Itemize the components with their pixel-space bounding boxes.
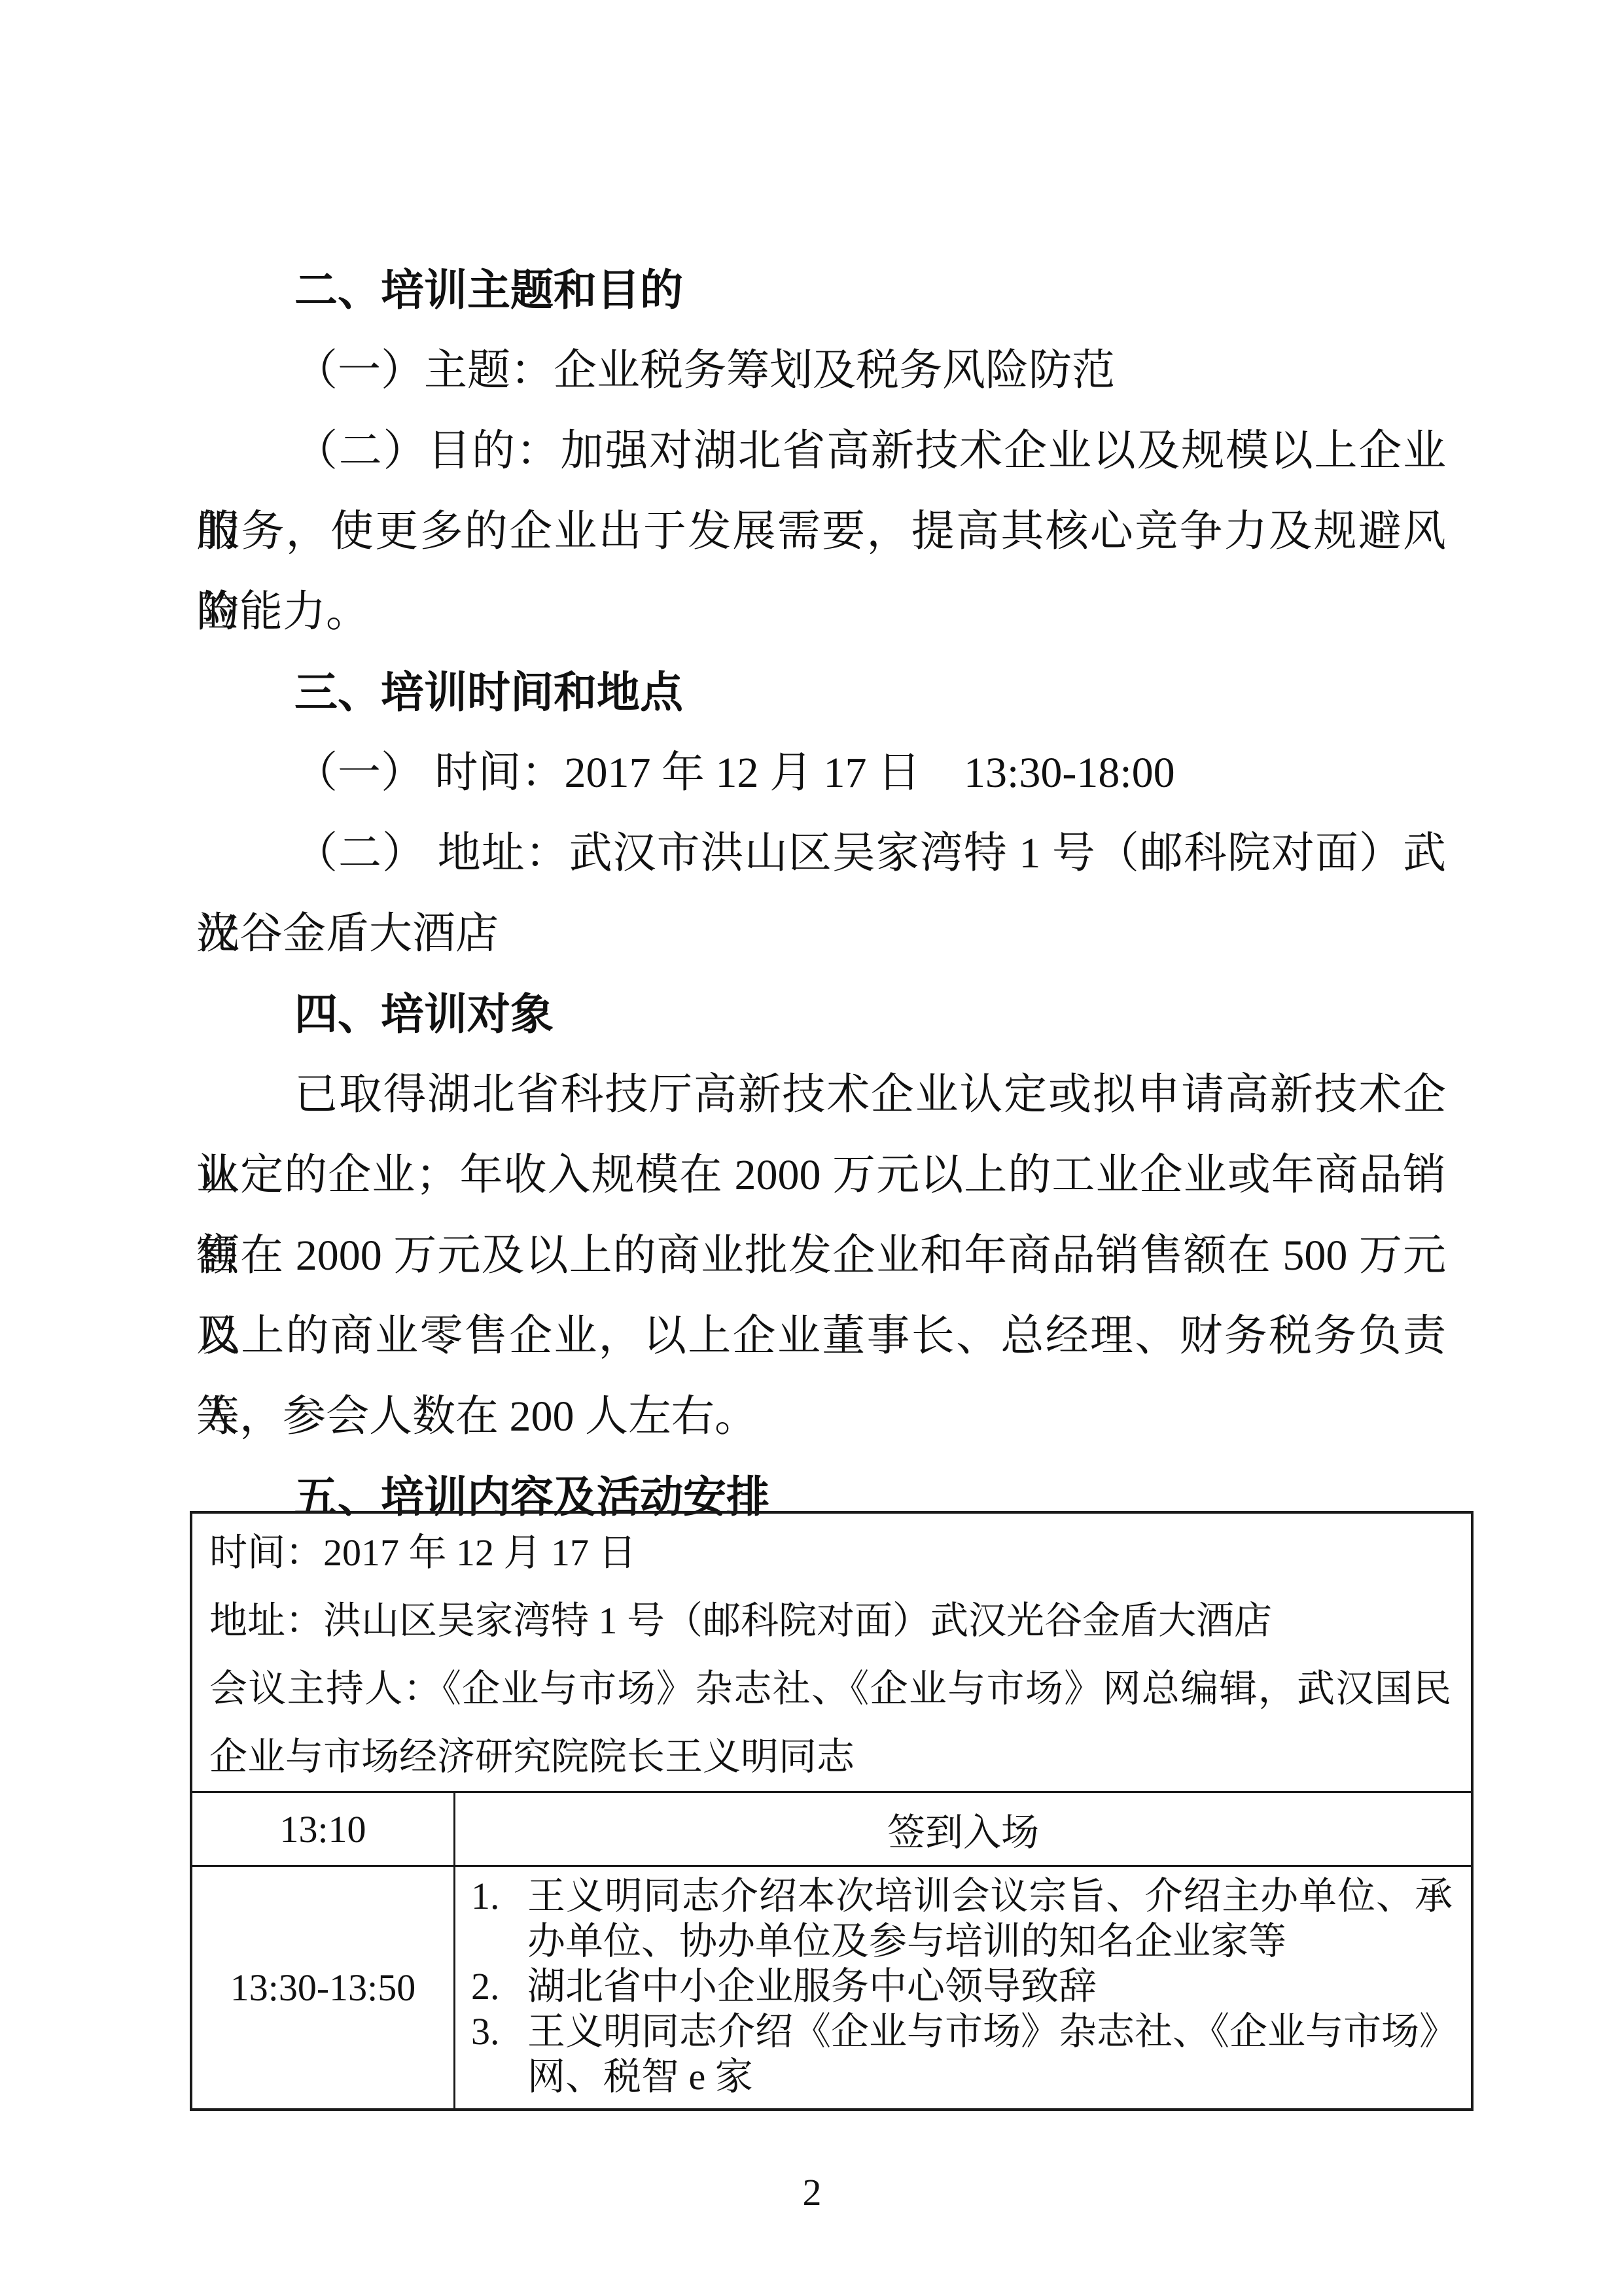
body-text-line: （一）主题：企业税务筹划及税务风险防范 (196, 330, 1446, 411)
body-text-line: 光谷金盾大酒店 (196, 894, 1446, 974)
agenda-item-line: 3.王义明同志介绍《企业与市场》杂志社、《企业与市场》 (471, 2009, 1453, 2054)
list-number: 1. (471, 1873, 527, 1919)
table-cell-activity: 签到入场 (455, 1793, 1471, 1865)
body-text-line: 已取得湖北省科技厅高新技术企业认定或拟申请高新技术企业 (196, 1054, 1446, 1135)
document-page: 二、培训主题和目的（一）主题：企业税务筹划及税务风险防范（二）目的：加强对湖北省… (0, 0, 1624, 2296)
list-number: 2. (471, 1964, 527, 2009)
body-text-line: 额在 2000 万元及以上的商业批发企业和年商品销售额在 500 万元及 (196, 1215, 1446, 1296)
section-heading: 二、培训主题和目的 (196, 250, 1446, 330)
agenda-item-text: 湖北省中小企业服务中心领导致辞 (527, 1964, 1453, 2009)
body-text-line: 认定的企业；年收入规模在 2000 万元以上的工业企业或年商品销售 (196, 1135, 1446, 1215)
body-text-line: 以上的商业零售企业，以上企业董事长、总经理、财务税务负责人 (196, 1296, 1446, 1376)
table-cell-activity-list: 1.王义明同志介绍本次培训会议宗旨、介绍主办单位、承办单位、协办单位及参与培训的… (455, 1867, 1471, 2108)
table-row-opening: 13:30-13:50 1.王义明同志介绍本次培训会议宗旨、介绍主办单位、承办单… (192, 1865, 1471, 2108)
agenda-item-line: 2.湖北省中小企业服务中心领导致辞 (471, 1964, 1453, 2009)
section-heading: 四、培训对象 (196, 974, 1446, 1054)
body-text-line: （一） 时间：2017 年 12 月 17 日 13:30-18:00 (196, 733, 1446, 813)
body-text-line: 的能力。 (196, 572, 1446, 652)
page-number: 2 (0, 2170, 1624, 2214)
table-cell-time: 13:10 (192, 1793, 455, 1865)
agenda-item-continuation: 网、税智 e 家 (471, 2054, 1453, 2099)
table-info-line: 地址：洪山区吴家湾特 1 号（邮科院对面）武汉光谷金盾大酒店 (209, 1587, 1451, 1655)
table-info-line: 企业与市场经济研究院院长王义明同志 (209, 1723, 1451, 1791)
schedule-table-info: 时间：2017 年 12 月 17 日地址：洪山区吴家湾特 1 号（邮科院对面）… (192, 1514, 1471, 1791)
body-text-line: （二）目的：加强对湖北省高新技术企业以及规模以上企业的 (196, 411, 1446, 491)
agenda-item-continuation: 办单位、协办单位及参与培训的知名企业家等 (471, 1919, 1453, 1964)
table-info-line: 时间：2017 年 12 月 17 日 (209, 1519, 1451, 1587)
agenda-item-text: 王义明同志介绍《企业与市场》杂志社、《企业与市场》 (527, 2009, 1453, 2054)
table-row-signin: 13:10 签到入场 (192, 1791, 1471, 1865)
table-info-line: 会议主持人：《企业与市场》杂志社、《企业与市场》网总编辑，武汉国民 (209, 1655, 1451, 1723)
schedule-table: 时间：2017 年 12 月 17 日地址：洪山区吴家湾特 1 号（邮科院对面）… (190, 1511, 1474, 2111)
table-cell-time: 13:30-13:50 (192, 1867, 455, 2108)
list-number: 3. (471, 2009, 527, 2054)
section-heading: 三、培训时间和地点 (196, 652, 1446, 733)
agenda-item-text: 王义明同志介绍本次培训会议宗旨、介绍主办单位、承 (527, 1873, 1453, 1919)
body-text-line: 服务，使更多的企业出于发展需要，提高其核心竞争力及规避风险 (196, 491, 1446, 572)
document-body: 二、培训主题和目的（一）主题：企业税务筹划及税务风险防范（二）目的：加强对湖北省… (196, 250, 1446, 1537)
body-text-line: 等，参会人数在 200 人左右。 (196, 1376, 1446, 1457)
body-text-line: （二） 地址：武汉市洪山区吴家湾特 1 号（邮科院对面）武汉 (196, 813, 1446, 894)
agenda-item-line: 1.王义明同志介绍本次培训会议宗旨、介绍主办单位、承 (471, 1873, 1453, 1919)
